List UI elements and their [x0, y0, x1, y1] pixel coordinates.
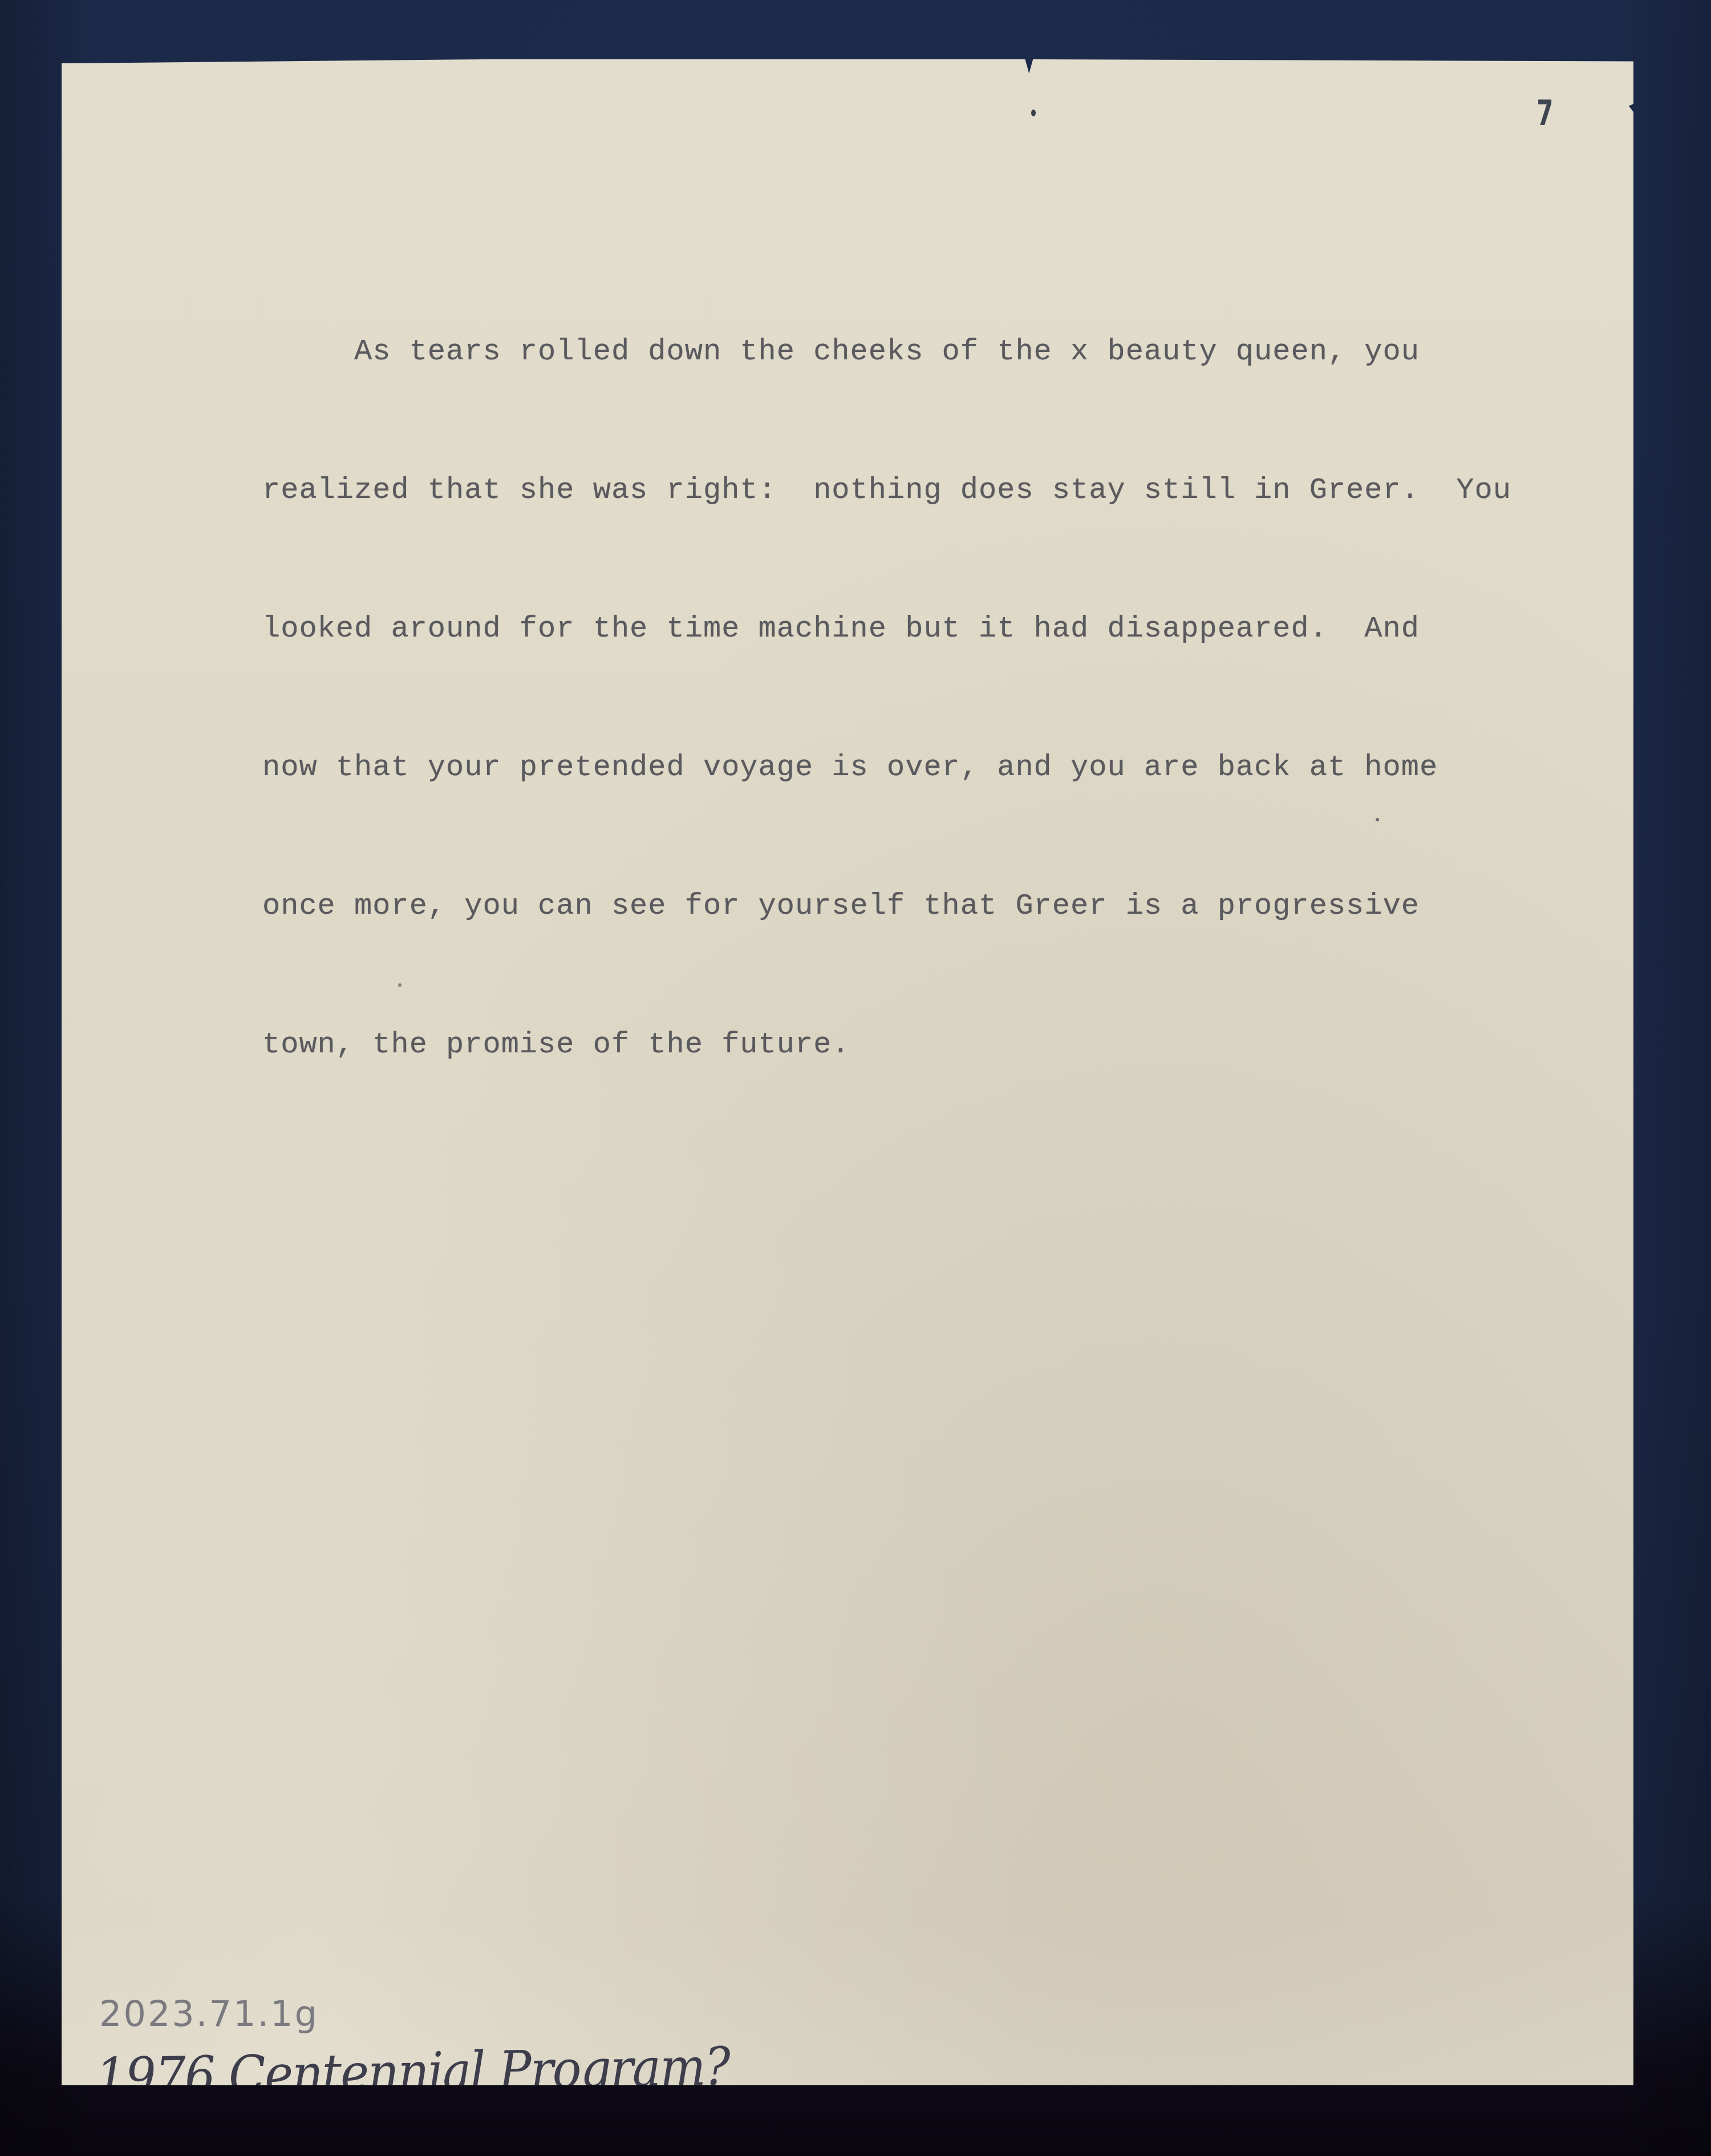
paper-blemish — [1031, 110, 1036, 116]
typed-line-4: now that your pretended voyage is over, … — [262, 744, 1643, 791]
typed-line-5: once more, you can see for yourself that… — [262, 883, 1643, 929]
typed-line-2: realized that she was right: nothing doe… — [262, 467, 1643, 513]
handwritten-annotation: 1976 Centennial Program? — [95, 2036, 730, 2108]
typed-line-6: town, the promise of the future. — [262, 1022, 1643, 1068]
typed-paragraph: As tears rolled down the cheeks of the x… — [262, 236, 1643, 1160]
typed-page: 7 As tears rolled down the cheeks of the… — [62, 59, 1633, 2085]
typed-line-3: looked around for the time machine but i… — [262, 606, 1643, 652]
accession-number: 2023.71.1g — [99, 1993, 319, 2035]
typed-line-1: As tears rolled down the cheeks of the x… — [262, 329, 1643, 375]
paper-blemish — [1376, 818, 1379, 821]
paper-blemish — [398, 983, 402, 987]
page-number: 7 — [1536, 94, 1553, 133]
